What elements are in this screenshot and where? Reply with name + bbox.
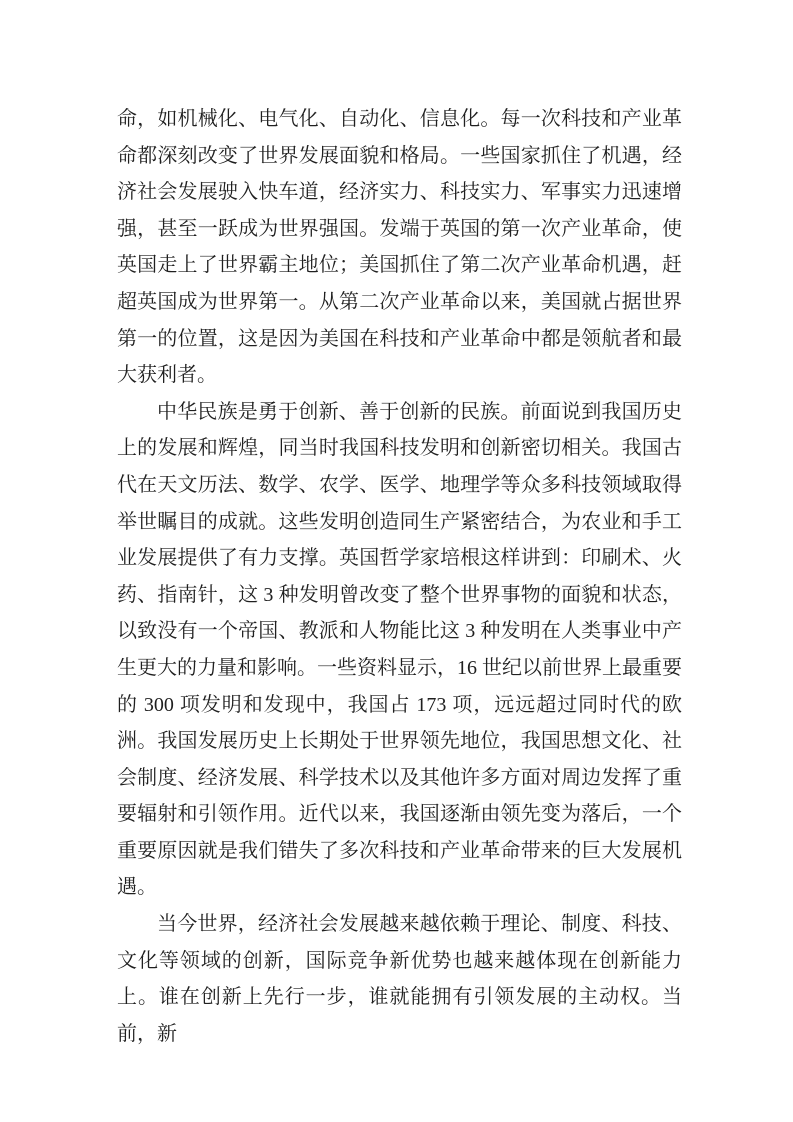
text-block: 命，如机械化、电气化、自动化、信息化。每一次科技和产业革命都深刻改变了世界发展面… [117, 101, 682, 1052]
paragraph-2: 中华民族是勇于创新、善于创新的民族。前面说到我国历史上的发展和辉煌，同当时我国科… [117, 394, 682, 906]
document-page: 命，如机械化、电气化、自动化、信息化。每一次科技和产业革命都深刻改变了世界发展面… [0, 0, 793, 1122]
paragraph-1: 命，如机械化、电气化、自动化、信息化。每一次科技和产业革命都深刻改变了世界发展面… [117, 101, 682, 394]
paragraph-3: 当今世界，经济社会发展越来越依赖于理论、制度、科技、文化等领域的创新，国际竞争新… [117, 906, 682, 1052]
